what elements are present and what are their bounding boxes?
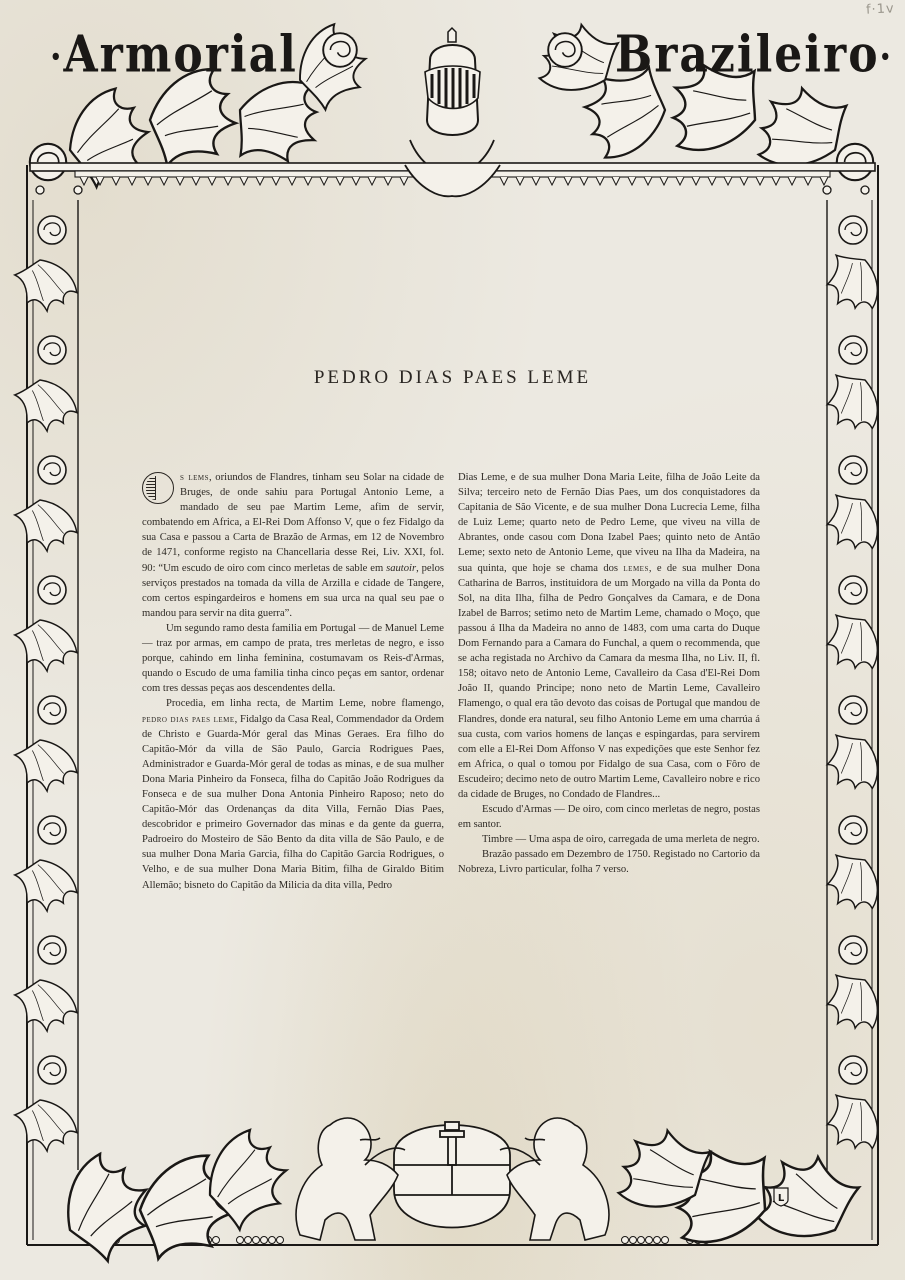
paragraph: s lems, oriundos de Flandres, tinham seu… xyxy=(142,470,444,621)
top-border-bar xyxy=(30,163,875,196)
ornament-dot: • xyxy=(880,46,894,70)
masthead-title-right: Brazileiro• xyxy=(615,30,893,81)
paragraph: Procedia, em linha recta, de Martim Leme… xyxy=(142,696,444,892)
paragraph: Um segundo ramo desta familia em Portuga… xyxy=(142,621,444,696)
left-lion-supporter xyxy=(296,1118,405,1240)
right-text-column: Dias Leme, e de sua mulher Dona Maria Le… xyxy=(458,470,760,878)
right-lion-supporter xyxy=(500,1118,609,1240)
ornamental-frame: L xyxy=(0,0,905,1280)
monogram-shield-icon: L xyxy=(774,1188,788,1206)
paragraph-brazao: Brazão passado em Dezembro de 1750. Regi… xyxy=(458,847,760,877)
orb-cross-icon xyxy=(394,1122,510,1228)
left-text-column: s lems, oriundos de Flandres, tinham seu… xyxy=(142,470,444,893)
helmet-crest-icon xyxy=(410,28,494,176)
ornament-dot: • xyxy=(50,46,64,70)
paragraph-escudo: Escudo d'Armas — De oiro, com cinco merl… xyxy=(458,802,760,832)
paragraph: Dias Leme, e de sua mulher Dona Maria Le… xyxy=(458,470,760,802)
paragraph-timbre: Timbre — Uma aspa de oiro, carregada de … xyxy=(458,832,760,847)
left-vine-ornament xyxy=(13,216,80,1157)
masthead-title-left: •Armorial xyxy=(50,30,298,81)
article-title: PEDRO DIAS PAES LEME xyxy=(0,367,905,389)
svg-text:L: L xyxy=(778,1193,785,1204)
drop-cap-o-icon xyxy=(142,472,174,504)
